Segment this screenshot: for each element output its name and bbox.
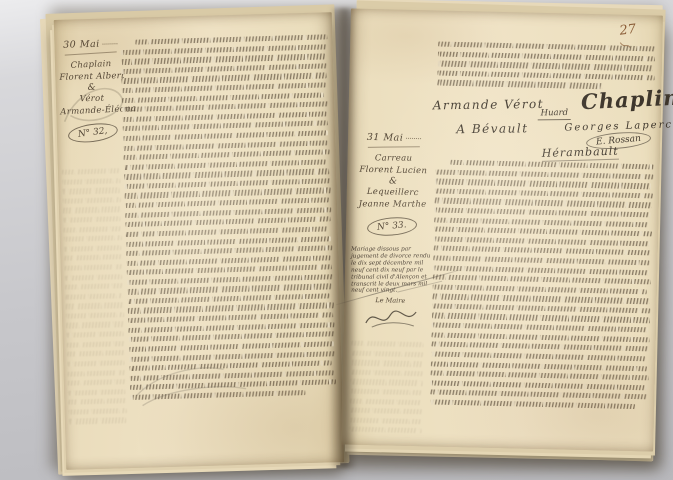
handwriting-line <box>122 102 328 113</box>
handwriting-line <box>121 44 327 55</box>
handwriting-line <box>437 80 602 89</box>
handwriting-line <box>350 379 422 386</box>
handwriting-line <box>435 198 652 208</box>
handwriting-line <box>430 399 635 409</box>
handwriting-line <box>124 169 329 180</box>
handwriting-line <box>127 264 332 275</box>
handwriting-line <box>433 284 647 294</box>
handwriting-line <box>129 360 331 371</box>
handwriting-line <box>351 350 423 357</box>
handwriting-line <box>123 140 327 151</box>
handwriting-line <box>430 380 646 390</box>
handwriting-line <box>126 236 331 247</box>
handwriting-line <box>431 342 648 352</box>
party-b-surname: Lequeillerc <box>353 187 433 200</box>
handwriting-line <box>121 63 327 74</box>
handwriting-line <box>65 264 123 271</box>
handwriting-line <box>128 303 334 314</box>
handwriting-line <box>128 312 333 323</box>
handwriting-line <box>124 178 330 189</box>
handwriting-line <box>350 417 421 424</box>
right-margin-column: 31 Mai Carreau Florent Lucien & Lequeill… <box>350 132 435 337</box>
handwriting-line <box>351 341 423 348</box>
handwriting-line <box>124 159 326 170</box>
signature-groom: Chaplin <box>580 85 673 115</box>
handwriting-line <box>350 408 422 415</box>
handwriting-line <box>437 70 654 80</box>
handwriting-line <box>67 350 125 357</box>
handwriting-line <box>62 178 120 185</box>
act-number-badge: N° 33. <box>367 216 418 238</box>
handwriting-line <box>121 54 325 65</box>
handwriting-line <box>435 179 651 189</box>
handwriting-line <box>435 169 653 179</box>
handwriting-line <box>63 197 121 204</box>
handwriting-line <box>129 332 335 343</box>
handwriting-line <box>123 111 327 122</box>
ink-bleed-through <box>349 341 423 438</box>
margin-date: 31 Mai <box>354 132 434 145</box>
handwriting-line <box>125 188 331 199</box>
handwriting-line <box>351 370 423 377</box>
margin-rule <box>368 146 420 148</box>
handwriting-line <box>68 398 126 405</box>
handwriting-line <box>431 361 648 371</box>
party-a-firstnames: Florent Lucien <box>353 164 433 177</box>
handwriting-line <box>124 149 330 160</box>
handwriting-line <box>68 379 126 386</box>
handwriting-line <box>434 227 652 237</box>
handwriting-line <box>432 303 650 313</box>
handwriting-line <box>432 332 650 342</box>
handwriting-line <box>65 274 123 281</box>
signature-official: Huard <box>538 108 572 120</box>
handwriting-line <box>127 284 331 295</box>
handwriting-line <box>435 188 653 198</box>
left-page: 30 Mai Chaplain Florent Albert & Vérot A… <box>54 12 344 470</box>
mayor-signature-scribble <box>358 305 423 332</box>
scanned-document-screenshot: { "left_page": { "margin": { "date": "30… <box>0 0 673 480</box>
handwriting-line <box>129 341 334 352</box>
handwriting-line <box>128 293 330 304</box>
handwriting-line <box>433 265 649 275</box>
handwriting-line <box>64 226 121 233</box>
act-32-body-text <box>120 34 336 404</box>
handwriting-line <box>64 235 122 242</box>
handwriting-line <box>67 331 125 338</box>
handwriting-line <box>122 92 324 103</box>
handwriting-line <box>434 208 650 218</box>
handwriting-line <box>433 255 650 265</box>
handwriting-line <box>122 83 326 94</box>
handwriting-line <box>67 360 124 367</box>
handwriting-line <box>130 370 334 381</box>
handwriting-line <box>67 341 125 348</box>
handwriting-line <box>123 130 328 141</box>
handwriting-line <box>126 245 332 256</box>
ink-bleed-through <box>62 168 127 429</box>
handwriting-line <box>65 293 122 300</box>
party-b-firstnames: Armande-Éléona <box>60 104 124 118</box>
margin-rule <box>65 51 117 55</box>
handwriting-line <box>432 323 648 333</box>
party-a-firstnames: Florent Albert <box>59 71 123 84</box>
handwriting-line <box>432 294 649 304</box>
handwriting-line <box>68 370 126 377</box>
handwriting-line <box>349 427 421 434</box>
handwriting-line <box>135 34 327 45</box>
party-a-surname: Carreau <box>354 153 434 165</box>
handwriting-line <box>438 51 655 61</box>
handwriting-line <box>351 360 422 367</box>
handwriting-line <box>431 351 645 361</box>
handwriting-line <box>62 168 120 175</box>
handwriting-line <box>66 321 124 328</box>
handwriting-line <box>68 389 126 396</box>
handwriting-line <box>128 322 334 333</box>
handwriting-line <box>125 207 331 218</box>
handwriting-line <box>127 274 333 285</box>
act-number-badge: N° 32, <box>67 121 119 145</box>
handwriting-line <box>350 389 421 396</box>
handwriting-line <box>125 217 330 228</box>
handwriting-line <box>450 160 653 170</box>
handwriting-line <box>63 207 121 214</box>
left-margin-column: 30 Mai Chaplain Florent Albert & Vérot A… <box>58 38 125 143</box>
handwriting-line <box>432 313 650 323</box>
handwriting-line <box>434 236 650 246</box>
party-b-firstnames: Jeanne Marthe <box>353 199 433 211</box>
handwriting-line <box>69 408 127 415</box>
handwriting-line <box>125 198 329 209</box>
handwriting-line <box>126 226 328 237</box>
handwriting-line <box>127 255 331 266</box>
signature-bride: Armande Vérot <box>433 97 544 112</box>
right-page: 27 Armande Vérot Huard Chaplin Georges L… <box>341 9 663 452</box>
handwriting-line <box>66 302 124 309</box>
handwriting-line <box>66 312 124 319</box>
margin-date: 30 Mai <box>58 38 122 51</box>
page-number: 27 <box>619 22 637 39</box>
handwriting-line <box>123 121 328 132</box>
handwriting-line <box>430 389 647 399</box>
handwriting-line <box>62 187 120 194</box>
handwriting-line <box>431 370 649 380</box>
handwriting-line <box>438 61 653 71</box>
handwriting-line <box>434 217 648 227</box>
handwriting-line <box>129 351 335 362</box>
act-33-body-text <box>430 159 654 413</box>
signature-witness: Hérambault <box>542 145 619 162</box>
handwriting-line <box>63 216 121 223</box>
handwriting-line <box>69 417 127 424</box>
handwriting-line <box>130 390 305 400</box>
handwriting-line <box>64 255 122 262</box>
handwriting-line <box>121 73 326 84</box>
handwriting-line <box>130 379 336 390</box>
signature-witness: Georges Laperche <box>564 119 673 134</box>
signature-witness: A Bévault <box>456 121 528 136</box>
register-spread: 30 Mai Chaplain Florent Albert & Vérot A… <box>0 0 673 480</box>
handwriting-line <box>64 245 122 252</box>
handwriting-line <box>434 246 651 256</box>
handwriting-line <box>350 398 421 405</box>
handwriting-line <box>433 274 651 284</box>
handwriting-line <box>65 283 123 290</box>
